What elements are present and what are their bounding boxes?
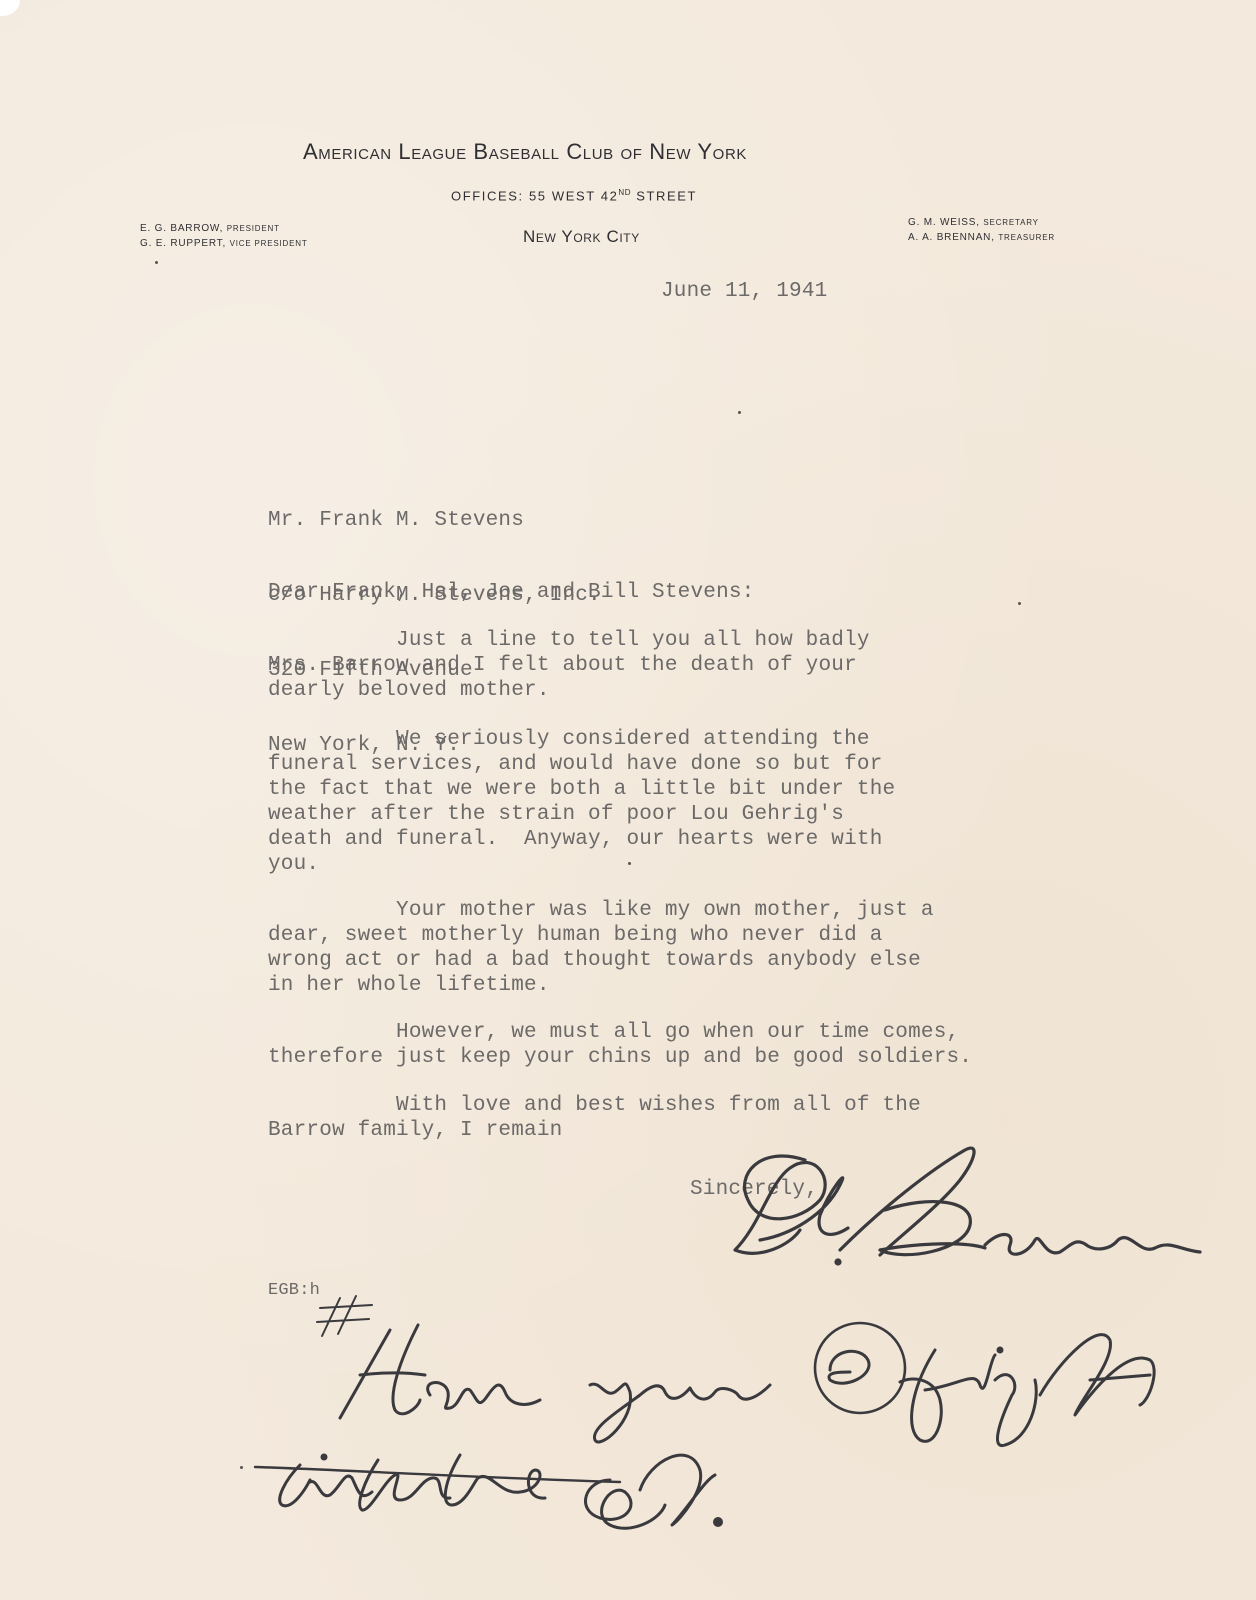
paper-speck (1018, 602, 1021, 605)
paper-speck (628, 862, 631, 865)
handwritten-note-line-1 (317, 1296, 1154, 1446)
handwritten-note-line-2 (255, 1455, 723, 1528)
handwriting-layer (0, 0, 1256, 1600)
letter-paper: American League Baseball Club of New Yor… (0, 0, 1256, 1600)
signature-ed-barrow (735, 1148, 1200, 1264)
paper-speck (155, 261, 158, 264)
paper-speck (240, 1466, 243, 1469)
paper-speck (738, 411, 741, 414)
